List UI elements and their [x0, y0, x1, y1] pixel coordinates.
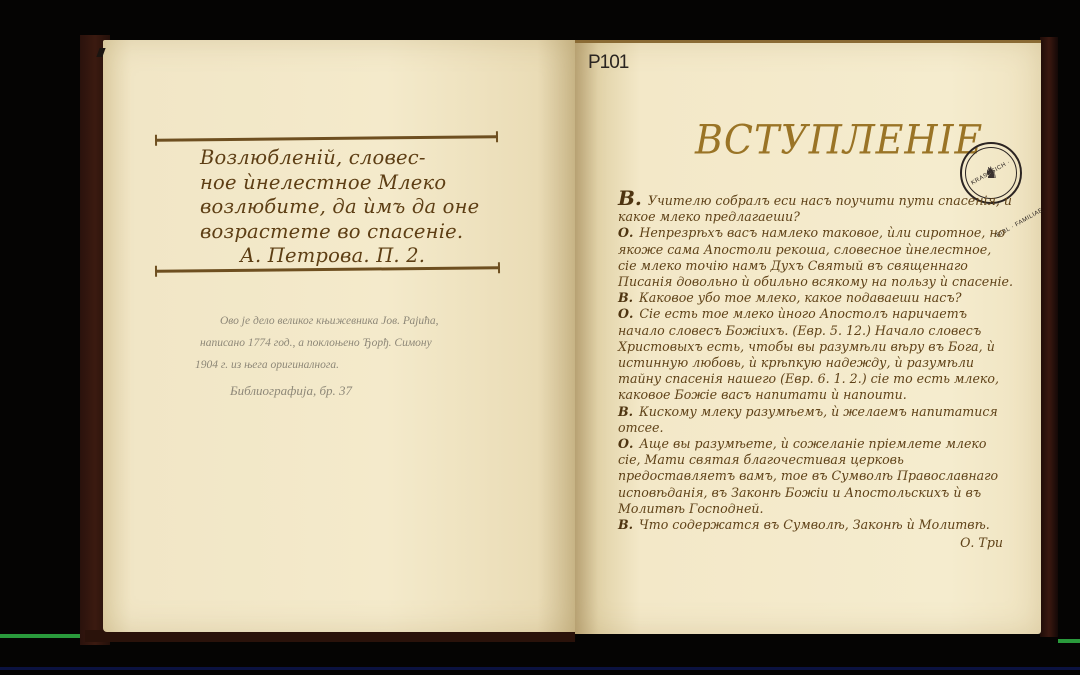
entry-text: Непрезрѣхъ васъ намлеко таковое, ѝли сир…: [618, 225, 1013, 289]
question-mark: В.: [618, 404, 633, 419]
catchword: О. Три: [618, 535, 1013, 551]
dialogue-entry: О.Сіе есть тое млеко ѝного Апостолъ нари…: [618, 306, 1013, 403]
entry-text: Кискому млеку разумѣемъ, ѝ желаемъ напит…: [618, 404, 998, 435]
dialogue-entry: В.Учителю собралъ еси насъ поучити пути …: [618, 190, 1013, 225]
epigraph-line: ное ѝнелестное Млеко: [200, 171, 520, 196]
dialogue-entry: В.Что содержатся въ Сумволѣ, Законѣ ѝ Мо…: [618, 517, 1013, 533]
epigraph-line: Возлюбленій, словес-: [200, 146, 520, 171]
question-mark: В.: [618, 186, 642, 210]
entry-text: Аще вы разумѣете, ѝ сожеланіе пріемлете …: [618, 436, 998, 516]
dialogue-entry: В.Каковое убо тое млеко, какое подаваеши…: [618, 290, 1013, 306]
epigraph-line: возлюбите, да ѝмъ да оне: [200, 195, 520, 220]
question-mark: В.: [618, 290, 633, 305]
entry-text: Что содержатся въ Сумволѣ, Законѣ ѝ Моли…: [639, 517, 990, 532]
scanner-calibration-bar-left: [0, 634, 80, 638]
scanner-calibration-bar-right: [1058, 639, 1080, 643]
epigraph-line: возрастете во спасеніе.: [200, 220, 520, 245]
entry-text: Сіе есть тое млеко ѝного Апостолъ нарича…: [618, 306, 999, 402]
right-page-top-edge: [575, 40, 1041, 43]
pencil-annotation: Ово је дело великог књижевника Јов. Раји…: [220, 310, 570, 402]
epigraph-reference: А. Петрова. П. 2.: [200, 244, 520, 269]
answer-mark: О.: [618, 436, 633, 451]
answer-mark: О.: [618, 225, 633, 240]
entry-text: Учителю собралъ еси насъ поучити пути сп…: [618, 193, 1012, 224]
answer-mark: О.: [618, 306, 633, 321]
shelfmark-label: P101: [588, 52, 628, 74]
epigraph: Возлюбленій, словес- ное ѝнелестное Млек…: [200, 146, 520, 269]
pencil-line: написано 1774 год., а поклоњено Ђорђ. Си…: [200, 332, 570, 354]
scanner-calibration-bar-bottom: [0, 667, 1080, 670]
dialogue-text: В.Учителю собралъ еси насъ поучити пути …: [618, 190, 1013, 551]
dialogue-entry: В.Кискому млеку разумѣемъ, ѝ желаемъ нап…: [618, 404, 1013, 436]
pencil-line: 1904 г. из њега оригиналнога.: [195, 354, 570, 376]
dialogue-entry: О.Аще вы разумѣете, ѝ сожеланіе пріемлет…: [618, 436, 1013, 517]
page-heading: ВСТУПЛЕНІЕ: [695, 117, 983, 163]
dialogue-entry: О.Непрезрѣхъ васъ намлеко таковое, ѝли с…: [618, 225, 1013, 290]
book-cover-right-edge: [1040, 37, 1058, 637]
pencil-signature: Библиографија, бр. 37: [230, 380, 570, 402]
question-mark: В.: [618, 517, 633, 532]
pencil-line: Ово је дело великог књижевника Јов. Раји…: [220, 310, 570, 332]
entry-text: Каковое убо тое млеко, какое подаваеши н…: [639, 290, 961, 305]
